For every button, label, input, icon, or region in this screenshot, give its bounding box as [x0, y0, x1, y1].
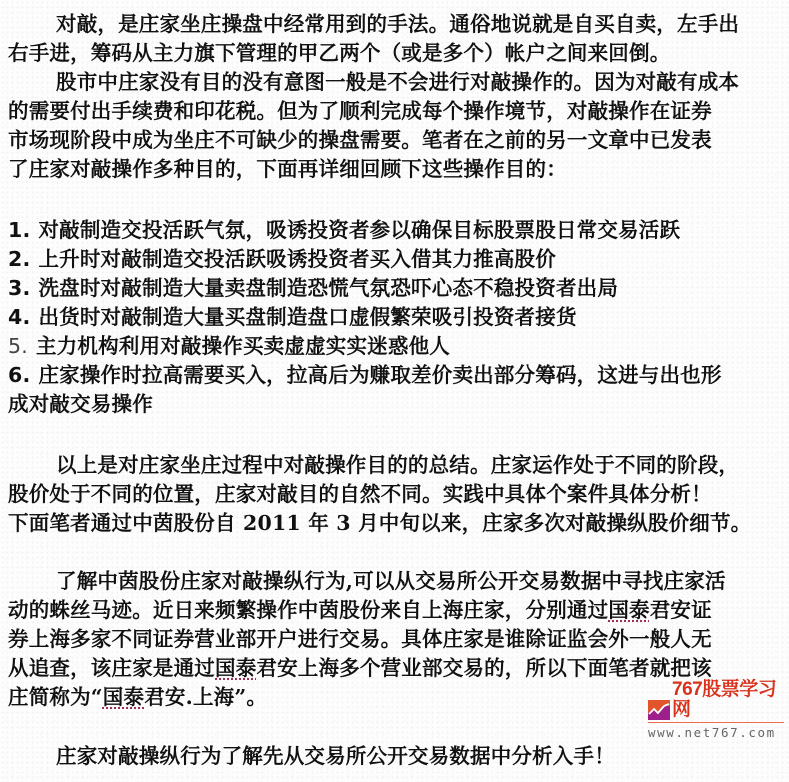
- list-text: 出货时对敲制造大量买盘制造盘口虚假繁荣吸引投资者接货: [38, 305, 576, 329]
- purpose-item-6-continuation: 成对敲交易操作: [8, 392, 153, 416]
- purpose-item-6: 6.庄家操作时拉高需要买入，拉高后为赚取差价卖出部分筹码，这进与出也形: [8, 363, 722, 387]
- text: 庄简称为“: [8, 685, 103, 709]
- paragraph-4-line-5: 庄简称为“国泰君安.上海”。: [8, 685, 267, 709]
- paragraph-1-line-2: 右手进，筹码从主力旗下管理的甲乙两个（或是多个）帐户之间来回倒。: [8, 41, 670, 65]
- logo-url: www.net767.com: [648, 725, 786, 740]
- purpose-item-3: 3.洗盘时对敲制造大量卖盘制造恐慌气氛恐吓心态不稳投资者出局: [8, 276, 618, 300]
- list-number: 1.: [8, 218, 30, 242]
- guotai-junan-link[interactable]: 国泰: [215, 656, 256, 680]
- logo-title: 767股票学习网: [672, 680, 786, 720]
- rising-chart-icon: [648, 700, 670, 720]
- list-text: 洗盘时对敲制造大量卖盘制造恐慌气氛恐吓心态不稳投资者出局: [38, 276, 618, 300]
- list-number: 5.: [8, 334, 28, 358]
- list-text: 上升时对敲制造交投活跃吸诱投资者买入借其力推高股价: [38, 247, 556, 271]
- logo-divider: [648, 722, 784, 723]
- purpose-item-2: 2.上升时对敲制造交投活跃吸诱投资者买入借其力推高股价: [8, 247, 556, 271]
- list-number: 3.: [8, 276, 30, 300]
- purpose-item-4: 4.出货时对敲制造大量买盘制造盘口虚假繁荣吸引投资者接货: [8, 305, 577, 329]
- list-number: 2.: [8, 247, 30, 271]
- text: 君安证: [650, 598, 712, 622]
- paragraph-4-line-2: 动的蛛丝马迹。近日来频繁操作中茵股份来自上海庄家，分别通过国泰君安证: [8, 598, 712, 622]
- text: 君安上海多个营业部交易的，所以下面笔者就把该: [256, 656, 711, 680]
- site-watermark-logo: 767股票学习网 www.net767.com: [648, 698, 786, 742]
- paragraph-3-line-3: 下面笔者通过中茵股份自 2011 年 3 月中旬以来，庄家多次对敲操纵股价细节。: [8, 511, 751, 535]
- text: 君安.上海”。: [144, 685, 267, 709]
- guotai-junan-link[interactable]: 国泰: [608, 598, 649, 622]
- purpose-item-5: 5.主力机构利用对敲操作买卖虚虚实实迷惑他人: [8, 334, 450, 358]
- list-text: 对敲制造交投活跃气氛，吸诱投资者参以确保目标股票股日常交易活跃: [38, 218, 680, 242]
- list-text: 庄家操作时拉高需要买入，拉高后为赚取差价卖出部分筹码，这进与出也形: [38, 363, 721, 387]
- paragraph-2-line-3: 市场现阶段中成为坐庄不可缺少的操盘需要。笔者在之前的另一文章中已发表: [8, 128, 712, 152]
- text: 从追查，该庄家是通过: [8, 656, 215, 680]
- list-text: 主力机构利用对敲操作买卖虚虚实实迷惑他人: [36, 334, 450, 358]
- paragraph-4-line-4: 从追查，该庄家是通过国泰君安上海多个营业部交易的，所以下面笔者就把该: [8, 656, 712, 680]
- paragraph-3-line-1: 以上是对庄家坐庄过程中对敲操作目的的总结。庄家运作处于不同的阶段，: [56, 453, 739, 477]
- list-number: 6.: [8, 363, 30, 387]
- paragraph-4-line-3: 券上海多家不同证券营业部开户进行交易。具体庄家是谁除证监会外一般人无: [8, 627, 712, 651]
- guotai-junan-link[interactable]: 国泰: [103, 685, 144, 709]
- paragraph-3-line-2: 股价处于不同的位置，庄家对敲目的自然不同。实践中具体个案件具体分析！: [8, 482, 712, 506]
- paragraph-2-line-2: 的需要付出手续费和印花税。但为了顺利完成每个操作境节，对敲操作在证券: [8, 99, 712, 123]
- purpose-item-1: 1.对敲制造交投活跃气氛，吸诱投资者参以确保目标股票股日常交易活跃: [8, 218, 680, 242]
- paragraph-5-line-1: 庄家对敲操纵行为了解先从交易所公开交易数据中分析入手！: [56, 744, 615, 768]
- list-number: 4.: [8, 305, 30, 329]
- paragraph-2-line-1: 股市中庄家没有目的没有意图一般是不会进行对敲操作的。因为对敲有成本: [56, 70, 739, 94]
- paragraph-1-line-1: 对敲，是庄家坐庄操盘中经常用到的手法。通俗地说就是自买自卖，左手出: [56, 12, 739, 36]
- text: 动的蛛丝马迹。近日来频繁操作中茵股份来自上海庄家，分别通过: [8, 598, 608, 622]
- paragraph-2-line-4: 了庄家对敲操作多种目的，下面再详细回顾下这些操作目的：: [8, 157, 567, 181]
- paragraph-4-line-1: 了解中茵股份庄家对敲操纵行为,可以从交易所公开交易数据中寻找庄家活: [56, 569, 726, 593]
